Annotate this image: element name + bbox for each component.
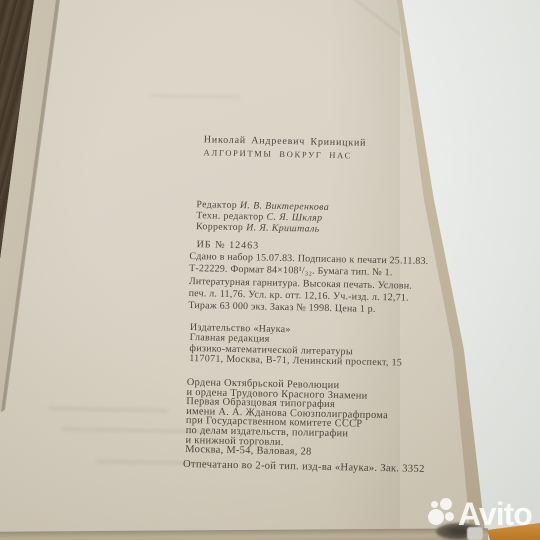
printed-at-line: Отпечатано во 2-ой тип. изд-ва «Наука». …	[183, 459, 425, 475]
avito-watermark-label: Avito	[458, 497, 532, 531]
person-name: И. Я. Кришталь	[246, 223, 320, 236]
bottom-page-edges	[0, 528, 488, 540]
ib-number: ИБ № 12463	[197, 239, 260, 251]
avito-logo-icon	[428, 497, 456, 531]
book-title: АЛГОРИТМЫ ВОКРУГ НАС	[203, 147, 352, 160]
staff-credits: Редактор И. В. Виктеренкова Техн. редакт…	[196, 199, 329, 235]
print-specs: Сдано в набор 15.07.83. Подписано к печа…	[188, 251, 428, 317]
show-through-text	[48, 407, 168, 412]
colophon-page-text: Николай Андреевич Криницкий АЛГОРИТМЫ ВО…	[182, 132, 459, 498]
show-through-text	[150, 94, 240, 99]
publisher-info: Издательство «Наука» Главная редакция фи…	[189, 323, 403, 369]
printing-house-info: Ордена Октябрьской Революции и ордена Тр…	[185, 378, 389, 459]
role-label: Корректор	[196, 222, 244, 234]
proofreader-line: Корректор И. Я. Кришталь	[196, 222, 329, 236]
role-label: Редактор	[196, 199, 237, 211]
avito-watermark: Avito	[428, 494, 540, 534]
author-name: Николай Андреевич Криницкий	[204, 134, 367, 148]
publisher-address: 117071, Москва, В-71, Ленинский проспект…	[189, 354, 402, 369]
person-name: С. Я. Шкляр	[266, 212, 322, 224]
book-photo: Николай Андреевич Криницкий АЛГОРИТМЫ ВО…	[0, 0, 540, 540]
